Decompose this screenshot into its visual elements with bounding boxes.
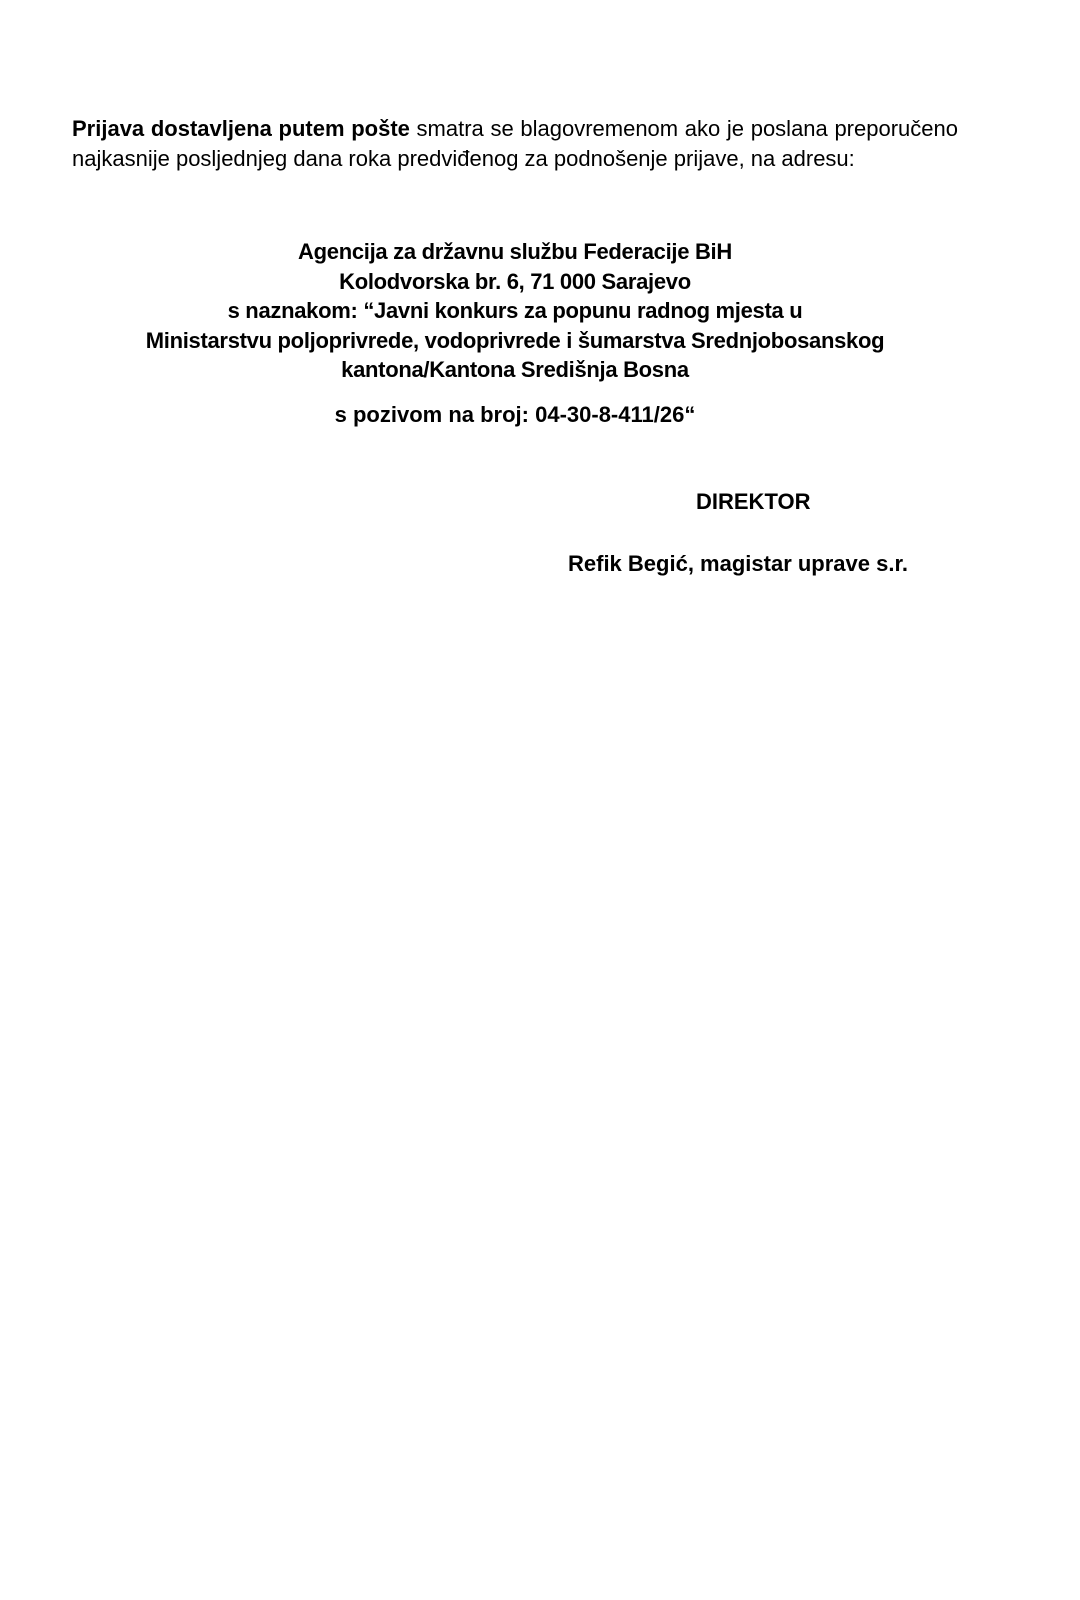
signer-title: DIREKTOR [696,487,811,517]
reference-number: s pozivom na broj: 04-30-8-411/26“ [72,400,958,430]
address-line-canton: kantona/Kantona Središnja Bosna [72,355,958,385]
mailing-address-block: Agencija za državnu službu Federacije Bi… [72,237,958,385]
submission-lead: Prijava dostavljena putem pošte [72,116,410,141]
address-line-marking: s naznakom: “Javni konkurs za popunu rad… [72,296,958,326]
signer-name: Refik Begić, magistar uprave s.r. [568,549,908,579]
address-line-agency: Agencija za državnu službu Federacije Bi… [72,237,958,267]
address-line-ministry: Ministarstvu poljoprivrede, vodoprivrede… [72,326,958,356]
submission-paragraph: Prijava dostavljena putem pošte smatra s… [72,114,958,174]
address-line-street: Kolodvorska br. 6, 71 000 Sarajevo [72,267,958,297]
document-page: Prijava dostavljena putem pošte smatra s… [0,0,1080,1600]
